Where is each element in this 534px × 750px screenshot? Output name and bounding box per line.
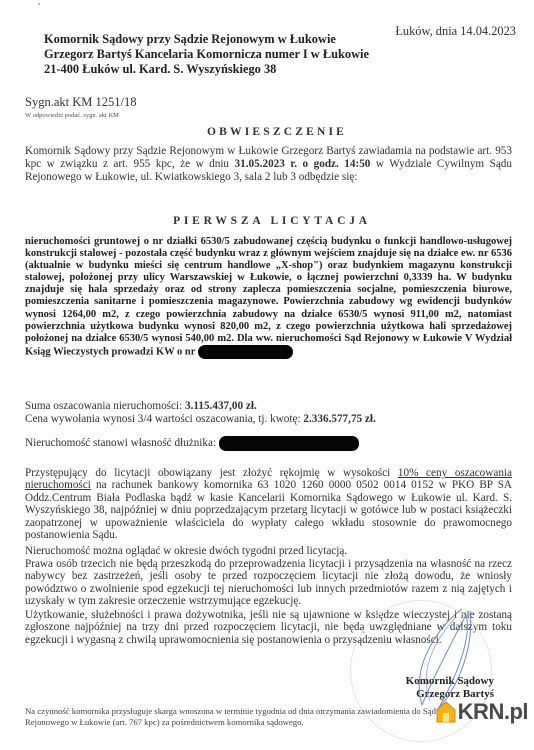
auction-datetime: 31.05.2023 r. o godz. 14:50 xyxy=(235,158,371,170)
third-party-rights: Prawa osób trzecich nie będą przeszkodą … xyxy=(25,558,512,608)
redacted-kw-number xyxy=(198,345,293,359)
issuer-line-1: Komornik Sądowy przy Sądzie Rejonowym w … xyxy=(44,32,369,47)
starting-price: Cena wywołania wynosi 3/4 wartości oszac… xyxy=(25,413,512,426)
auction-subtitle: PIERWSZA LICYTACJA xyxy=(0,215,534,227)
watermark-text: KRN.pl xyxy=(458,699,528,725)
issuer-header: Komornik Sądowy przy Sądzie Rejonowym w … xyxy=(44,32,369,77)
intro-paragraph: Komornik Sądowy przy Sądzie Rejonowym w … xyxy=(25,145,512,184)
valuation-block: Suma oszacowania nieruchomości: 3.115.43… xyxy=(25,400,512,426)
place-date: Łuków, dnia 14.04.2023 xyxy=(395,24,516,39)
krn-watermark: KRN.pl xyxy=(436,699,528,725)
property-description: nieruchomości gruntowej o nr działki 653… xyxy=(25,236,512,359)
house-icon xyxy=(436,701,456,723)
scan-speck xyxy=(38,3,40,5)
issuer-line-3: 21-400 Łuków ul. Kard. S. Wyszyńskiego 3… xyxy=(44,62,369,77)
document-title: OBWIESZCZENIE xyxy=(0,126,534,138)
notice-document: Komornik Sądowy przy Sądzie Rejonowym w … xyxy=(0,0,534,750)
viewing-info: Nieruchomość można oglądać w okresie dwó… xyxy=(25,545,512,557)
owner-line: Nieruchomość stanowi własność dłużnika: xyxy=(25,436,512,451)
redacted-debtor-name xyxy=(219,436,359,451)
case-reference-note: W odpowiedzi podać. sygn. akt KM xyxy=(25,112,119,119)
valuation-sum: Suma oszacowania nieruchomości: 3.115.43… xyxy=(25,400,512,413)
deposit-terms: Przystępujący do licytacji obowiązany je… xyxy=(25,467,512,541)
appeal-note: Na czynność komornika przysługuje skarga… xyxy=(25,706,465,728)
case-number: Sygn.akt KM 1251/18 xyxy=(25,95,136,110)
issuer-line-2: Grzegorz Bartyś Kancelaria Komornicza nu… xyxy=(44,47,369,62)
